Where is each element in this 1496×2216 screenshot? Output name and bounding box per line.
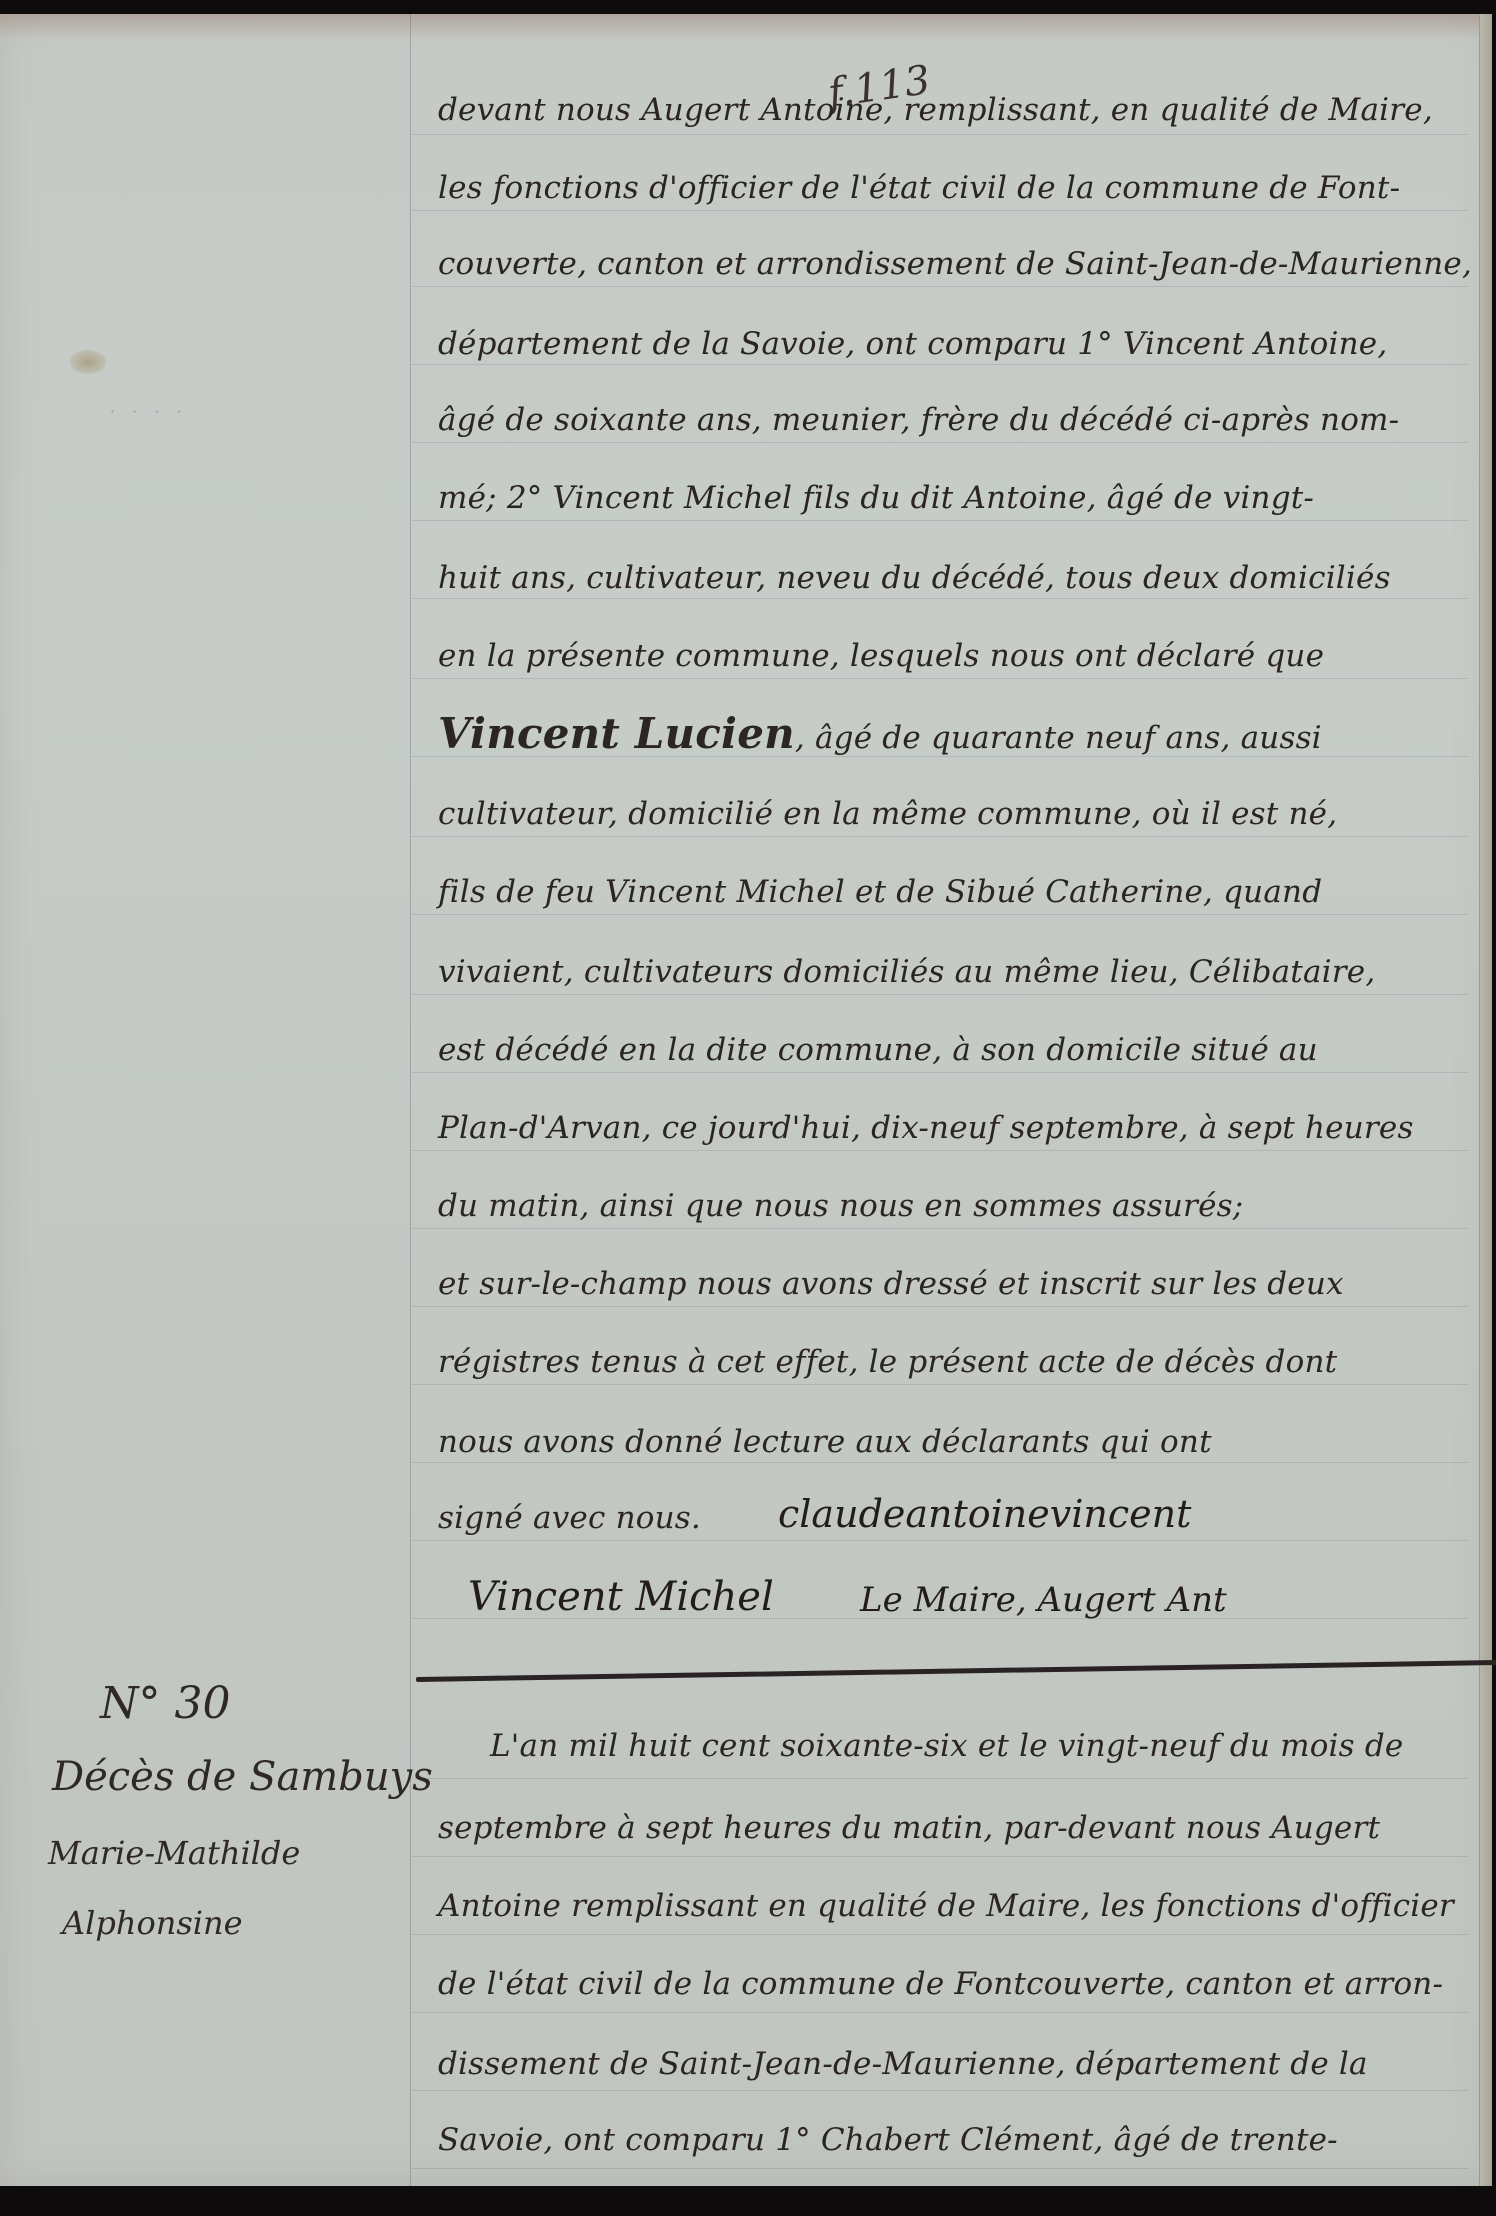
text-line: nous avons donné lecture aux déclarants … [438,1422,1438,1462]
text-line: les fonctions d'officier de l'état civil… [438,168,1438,208]
ruled-line [412,1150,1468,1151]
text-line: en la présente commune, lesquels nous on… [438,636,1438,676]
signature-mayor: Le Maire, Augert Ant [860,1580,1227,1620]
text-line: devant nous Augert Antoine, remplissant,… [438,90,1438,130]
text-line: Antoine remplissant en qualité de Maire,… [438,1886,1438,1926]
text-line: septembre à sept heures du matin, par-de… [438,1808,1438,1848]
text-line: du matin, ainsi que nous nous en sommes … [438,1186,1438,1226]
ruled-line [412,1540,1468,1541]
text-line: régistres tenus à cet effet, le présent … [438,1342,1438,1382]
text-line-with-name: Vincent Lucien, âgé de quarante neuf ans… [438,714,1438,758]
entry-given-names: Marie-Mathilde [48,1834,300,1872]
ruled-line [412,210,1468,211]
text-line: Savoie, ont comparu 1° Chabert Clément, … [438,2120,1438,2160]
text-line: est décédé en la dite commune, à son dom… [438,1030,1438,1070]
ruled-line [412,2090,1468,2091]
ruled-line [412,520,1468,521]
ruled-line [412,1778,1468,1779]
entry-title: Décès de Sambuys [52,1754,433,1800]
text-line: couverte, canton et arrondissement de Sa… [438,244,1438,284]
deceased-name: Vincent Lucien [438,709,795,758]
text-line: de l'état civil de la commune de Fontcou… [438,1964,1438,2004]
ruled-line [412,914,1468,915]
text-line: cultivateur, domicilié en la même commun… [438,794,1438,834]
paper-stain [70,350,106,374]
signature-declarant-1: claudeantoinevincent [778,1492,1191,1536]
page-edge [1479,14,1492,2186]
ruled-line [412,678,1468,679]
margin-rule [410,14,411,2186]
text-line: L'an mil huit cent soixante-six et le vi… [490,1726,1490,1766]
ruled-line [412,364,1468,365]
entry-separator [416,1660,1496,1682]
text-line: huit ans, cultivateur, neveu du décédé, … [438,558,1438,598]
ruled-line [412,1072,1468,1073]
text-line: âgé de soixante ans, meunier, frère du d… [438,400,1438,440]
ruled-line [412,1384,1468,1385]
ruled-line [412,2168,1468,2169]
ruled-line [412,1228,1468,1229]
ruled-line [412,2012,1468,2013]
ruled-line [412,286,1468,287]
text-line: et sur-le-champ nous avons dressé et ins… [438,1264,1438,1304]
ruled-line [412,134,1468,135]
ruled-line [412,1462,1468,1463]
entry-given-names-2: Alphonsine [62,1904,243,1942]
text-fragment: , âgé de quarante neuf ans, aussi [795,720,1322,756]
ruled-line [412,598,1468,599]
ruled-line [412,1306,1468,1307]
faint-pencil-mark: · · · · [110,402,188,421]
signature-declarant-2: Vincent Michel [468,1574,774,1620]
ruled-line [412,442,1468,443]
text-line: mé; 2° Vincent Michel fils du dit Antoin… [438,478,1438,518]
scanned-register-page: · · · · f.113 devant nous Augert Antoine… [0,0,1496,2216]
entry-number: N° 30 [100,1678,230,1729]
ruled-line [412,1856,1468,1857]
paper-page: · · · · f.113 devant nous Augert Antoine… [0,14,1492,2186]
text-line: Plan-d'Arvan, ce jourd'hui, dix-neuf sep… [438,1108,1438,1148]
text-line: fils de feu Vincent Michel et de Sibué C… [438,872,1438,912]
ruled-line [412,836,1468,837]
text-line: dissement de Saint-Jean-de-Maurienne, dé… [438,2044,1438,2084]
ruled-line [412,994,1468,995]
text-line: vivaient, cultivateurs domiciliés au mêm… [438,952,1438,992]
ruled-line [412,1934,1468,1935]
text-line: département de la Savoie, ont comparu 1°… [438,324,1438,364]
